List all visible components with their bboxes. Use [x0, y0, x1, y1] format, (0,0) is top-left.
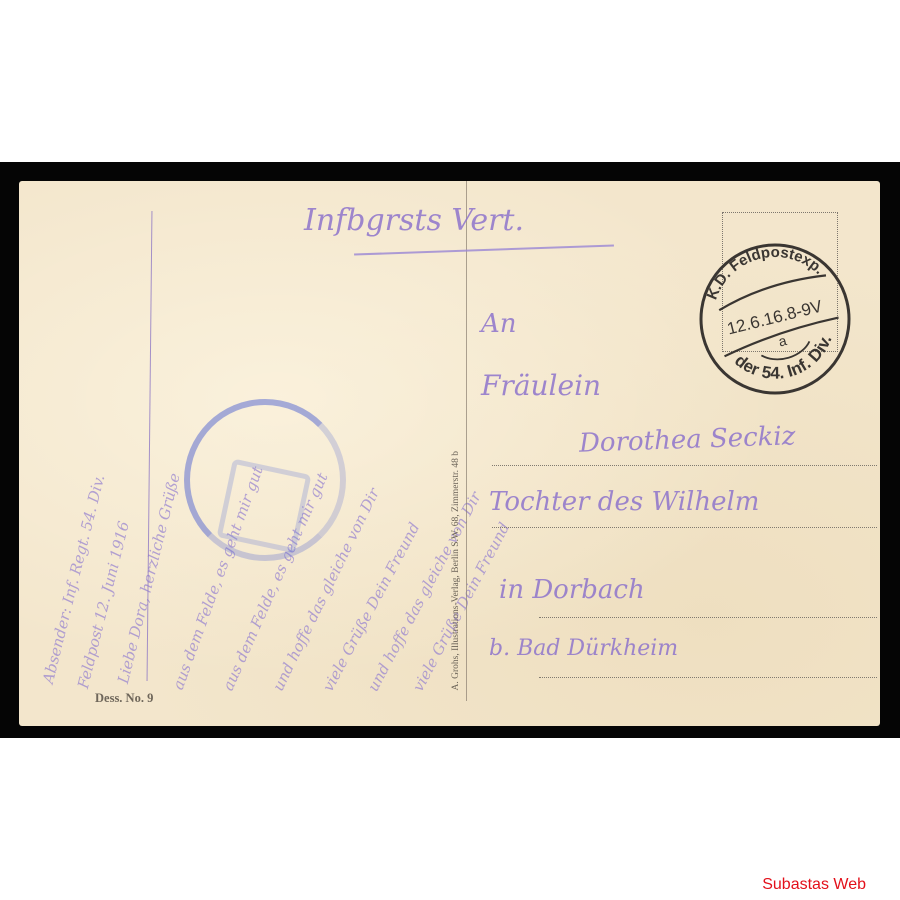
address-dotted-line	[539, 617, 877, 618]
address-line-3: Dorothea Seckiz	[579, 421, 796, 459]
design-number: Dess. No. 9	[95, 691, 153, 706]
address-dotted-line	[492, 527, 877, 528]
address-dotted-line	[539, 677, 877, 678]
postmark-letter: a	[777, 332, 789, 349]
address-line-6: b. Bad Dürkheim	[489, 636, 678, 661]
postmark-date: 12.6.16.8-9V	[725, 296, 825, 338]
header-underline	[354, 244, 614, 255]
address-line-1: An	[481, 309, 517, 339]
postmark: K.D. Feldpostexp. 12.6.16.8-9V a der 54.…	[695, 239, 855, 399]
header-handwriting: Infbgrsts Vert.	[304, 203, 524, 238]
center-divider-line	[466, 181, 467, 701]
watermark: Subastas Web	[762, 876, 866, 894]
postcard: Absender: Inf. Regt. 54. Div. Feldpost 1…	[19, 181, 880, 726]
postmark-top-text: K.D. Feldpostexp.	[695, 239, 830, 305]
censor-stamp-emblem	[217, 459, 312, 554]
svg-text:K.D. Feldpostexp.: K.D. Feldpostexp.	[695, 239, 830, 305]
address-dotted-line	[492, 465, 877, 466]
address-line-5: in Dorbach	[499, 575, 645, 605]
address-line-2: Fräulein	[481, 369, 601, 402]
address-line-4: Tochter des Wilhelm	[489, 487, 759, 517]
